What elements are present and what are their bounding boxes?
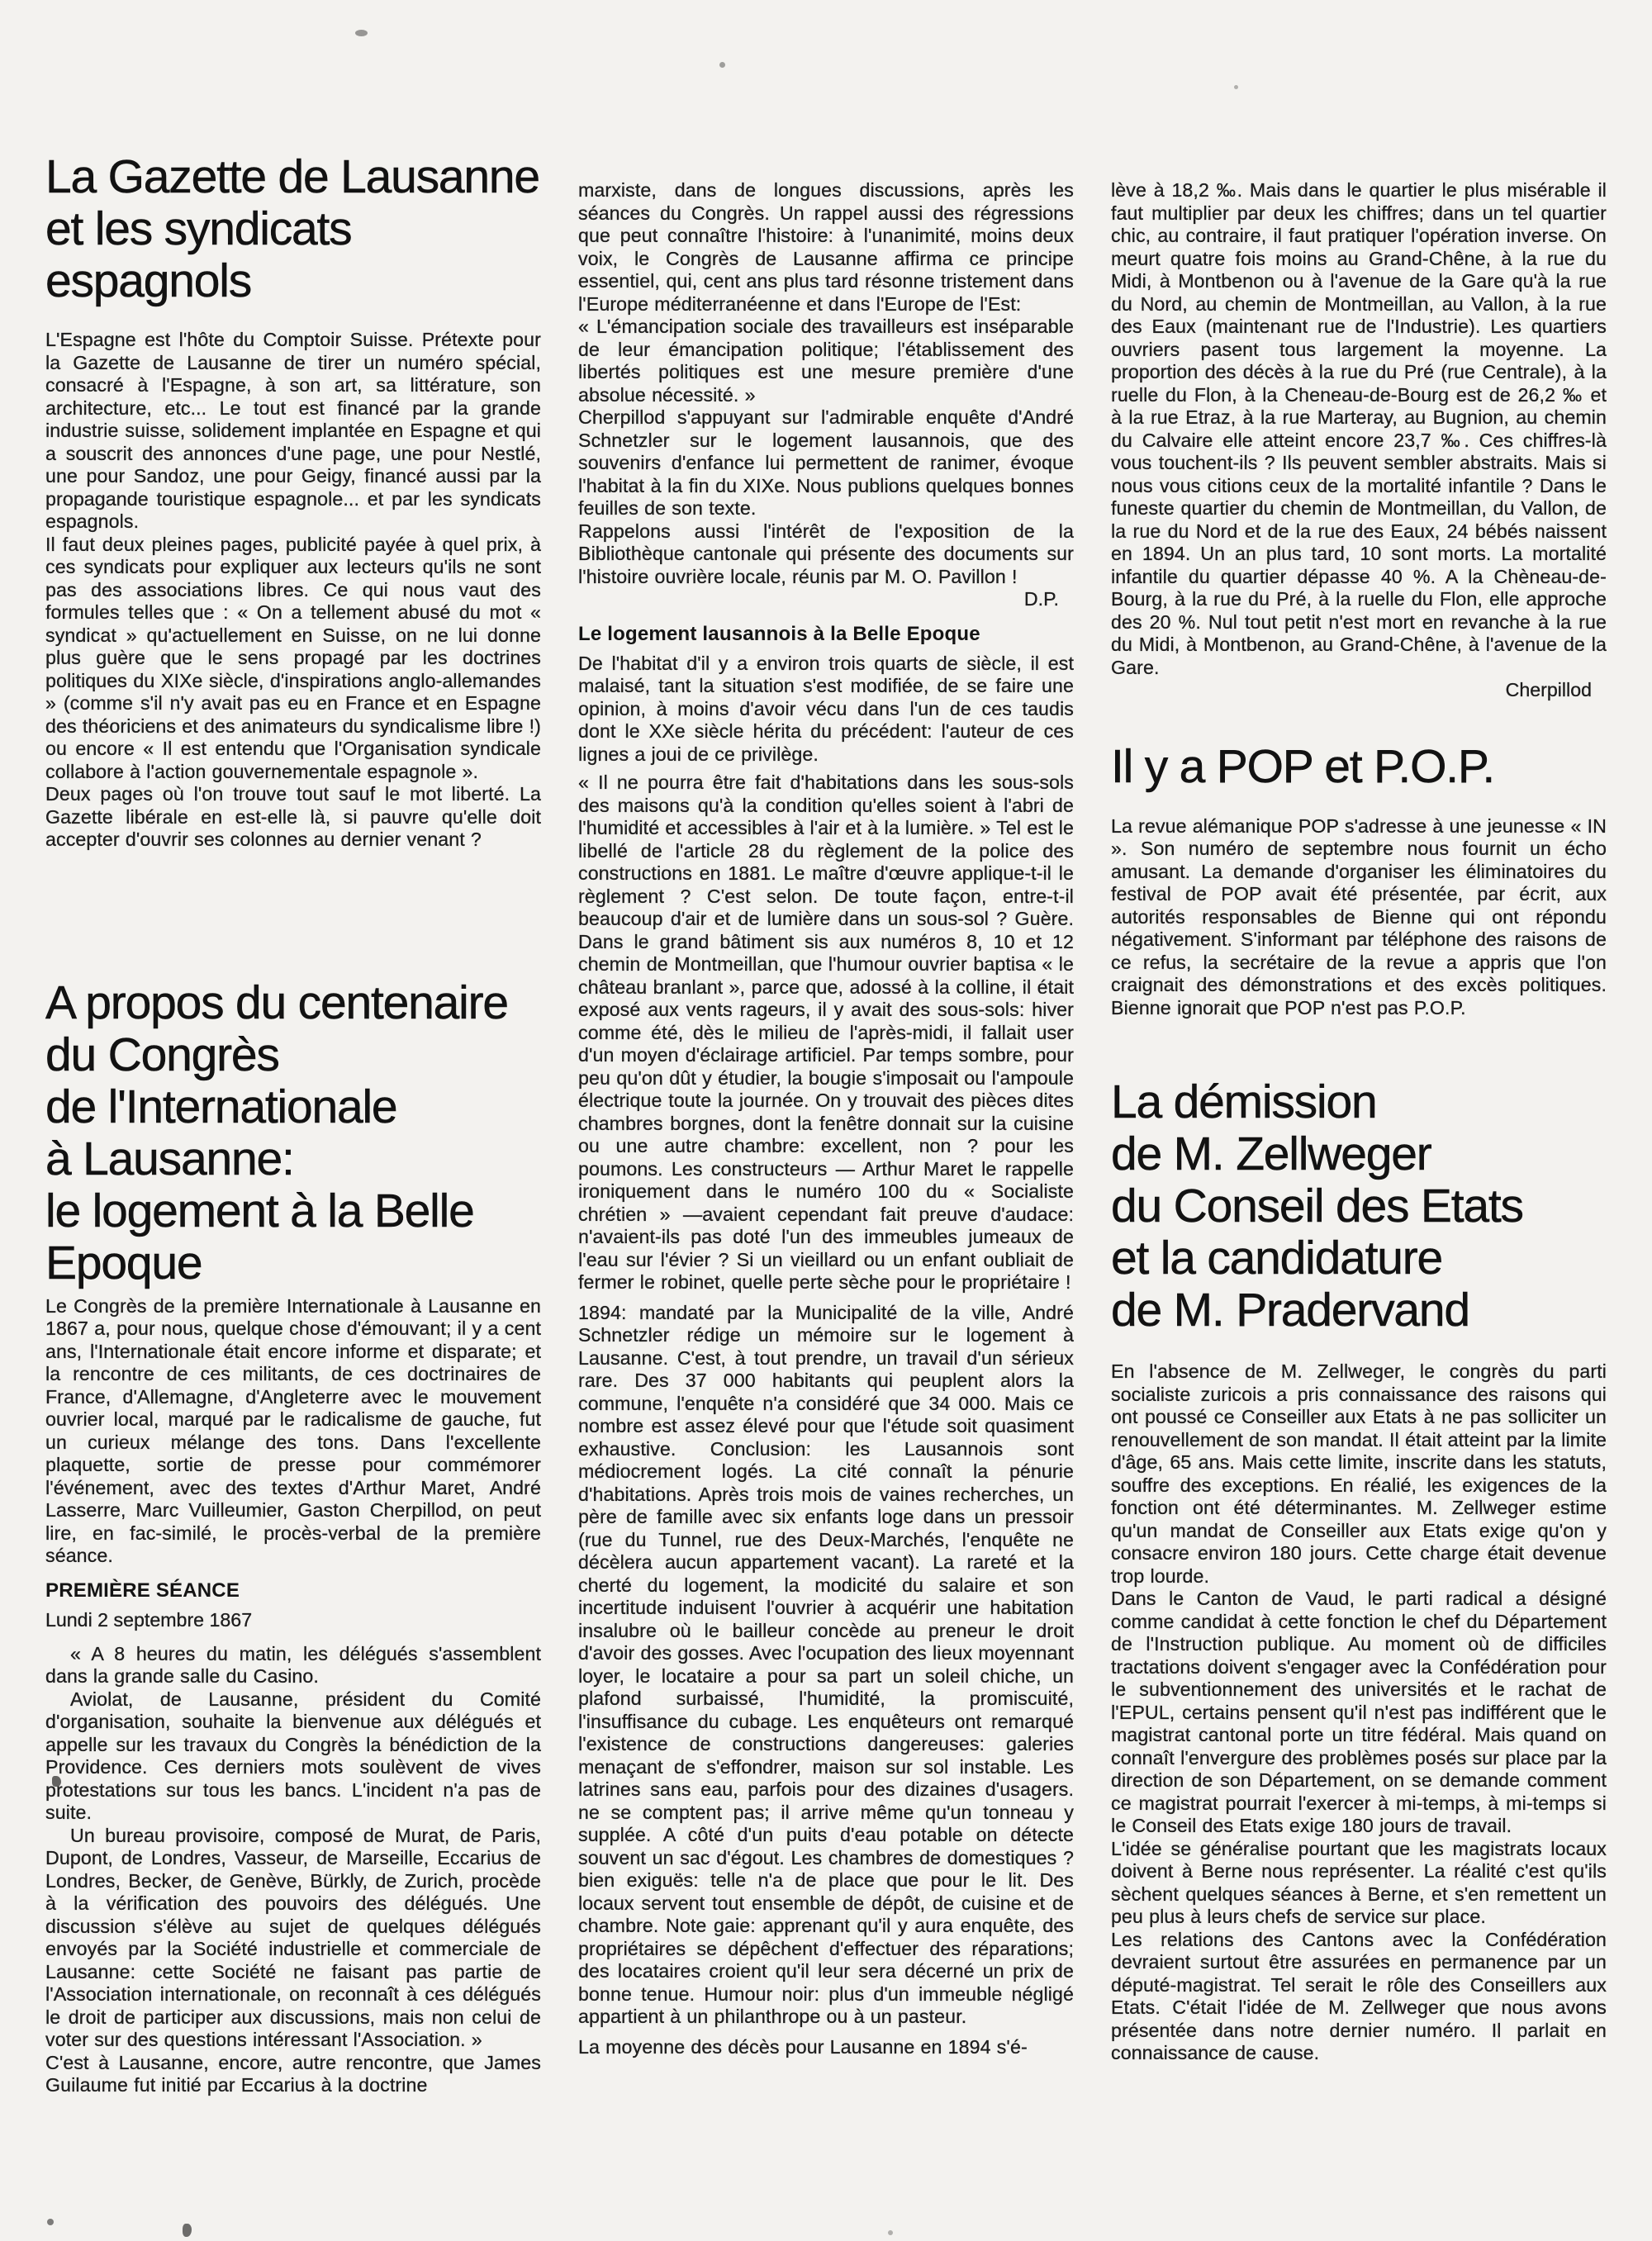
article-pop-body: La revue alémanique POP s'adresse à une … bbox=[1111, 815, 1607, 1020]
headline-gazette-syndicats: La Gazette de Lausanne et les syndicats … bbox=[45, 151, 541, 307]
column-middle: marxiste, dans de longues discussions, a… bbox=[578, 179, 1074, 2058]
paragraph: Le Congrès de la première Internationale… bbox=[45, 1295, 541, 1568]
byline-cherpillod: Cherpillod bbox=[1111, 679, 1607, 702]
paragraph: C'est à Lausanne, encore, autre rencontr… bbox=[45, 2052, 541, 2097]
column-right: lève à 18,2 ‰. Mais dans le quartier le … bbox=[1111, 179, 1607, 2065]
paragraph: lève à 18,2 ‰. Mais dans le quartier le … bbox=[1111, 179, 1607, 679]
paragraph: Cherpillod s'appuyant sur l'admirable en… bbox=[578, 406, 1074, 520]
headline-centenaire-congres: A propos du centenaire du Congrès de l'I… bbox=[45, 977, 541, 1289]
paragraph: De l'habitat d'il y a environ trois quar… bbox=[578, 653, 1074, 767]
paragraph: « A 8 heures du matin, les délégués s'as… bbox=[45, 1643, 541, 1688]
session-date: Lundi 2 septembre 1867 bbox=[45, 1608, 541, 1631]
headline-zellweger: La démission de M. Zellweger du Conseil … bbox=[1111, 1076, 1607, 1337]
subhead-logement: Le logement lausannois à la Belle Epoque bbox=[578, 622, 1074, 647]
article-centenaire-continuation: marxiste, dans de longues discussions, a… bbox=[578, 179, 1074, 588]
paragraph: « L'émancipation sociale des travailleur… bbox=[578, 316, 1074, 406]
ink-speck bbox=[52, 1776, 61, 1787]
paragraph: Les relations des Cantons avec la Conféd… bbox=[1111, 1929, 1607, 2065]
paragraph: Deux pages où l'on trouve tout sauf le m… bbox=[45, 783, 541, 852]
ink-speck bbox=[47, 2219, 54, 2225]
article-logement-continuation: lève à 18,2 ‰. Mais dans le quartier le … bbox=[1111, 179, 1607, 679]
paragraph: Il faut deux pleines pages, publicité pa… bbox=[45, 534, 541, 784]
session-minutes: « A 8 heures du matin, les délégués s'as… bbox=[45, 1643, 541, 2097]
paragraph: 1894: mandaté par la Municipalité de la … bbox=[578, 1302, 1074, 2029]
paragraph: Dans le Canton de Vaud, le parti radical… bbox=[1111, 1588, 1607, 1838]
session-title: PREMIÈRE SÉANCE bbox=[45, 1579, 541, 1603]
headline-pop: Il y a POP et P.O.P. bbox=[1111, 741, 1607, 793]
paragraph: L'idée se généralise pourtant que les ma… bbox=[1111, 1838, 1607, 1929]
paragraph: La moyenne des décès pour Lausanne en 18… bbox=[578, 2036, 1074, 2059]
paragraph: L'Espagne est l'hôte du Comptoir Suisse.… bbox=[45, 329, 541, 534]
paragraph: Rappelons aussi l'intérêt de l'expositio… bbox=[578, 520, 1074, 589]
ink-speck bbox=[1234, 85, 1238, 89]
paragraph: En l'absence de M. Zellweger, le congrès… bbox=[1111, 1360, 1607, 1588]
paragraph: Aviolat, de Lausanne, président du Comit… bbox=[45, 1688, 541, 1825]
paragraph: Un bureau provisoire, composé de Murat, … bbox=[45, 1825, 541, 2052]
article-centenaire-intro: Le Congrès de la première Internationale… bbox=[45, 1295, 541, 1568]
ink-speck bbox=[719, 62, 725, 68]
ink-speck bbox=[888, 2230, 893, 2235]
column-left: La Gazette de Lausanne et les syndicats … bbox=[45, 151, 541, 2097]
ink-speck bbox=[183, 2224, 192, 2237]
article-logement-body: De l'habitat d'il y a environ trois quar… bbox=[578, 653, 1074, 2059]
newspaper-page: La Gazette de Lausanne et les syndicats … bbox=[0, 0, 1652, 2241]
article-gazette-body: L'Espagne est l'hôte du Comptoir Suisse.… bbox=[45, 329, 541, 852]
byline-dp: D.P. bbox=[578, 588, 1074, 611]
paragraph: La revue alémanique POP s'adresse à une … bbox=[1111, 815, 1607, 1020]
article-zellweger-body: En l'absence de M. Zellweger, le congrès… bbox=[1111, 1360, 1607, 2065]
paragraph: marxiste, dans de longues discussions, a… bbox=[578, 179, 1074, 316]
paragraph: « Il ne pourra être fait d'habitations d… bbox=[578, 772, 1074, 1294]
ink-speck bbox=[355, 30, 368, 36]
